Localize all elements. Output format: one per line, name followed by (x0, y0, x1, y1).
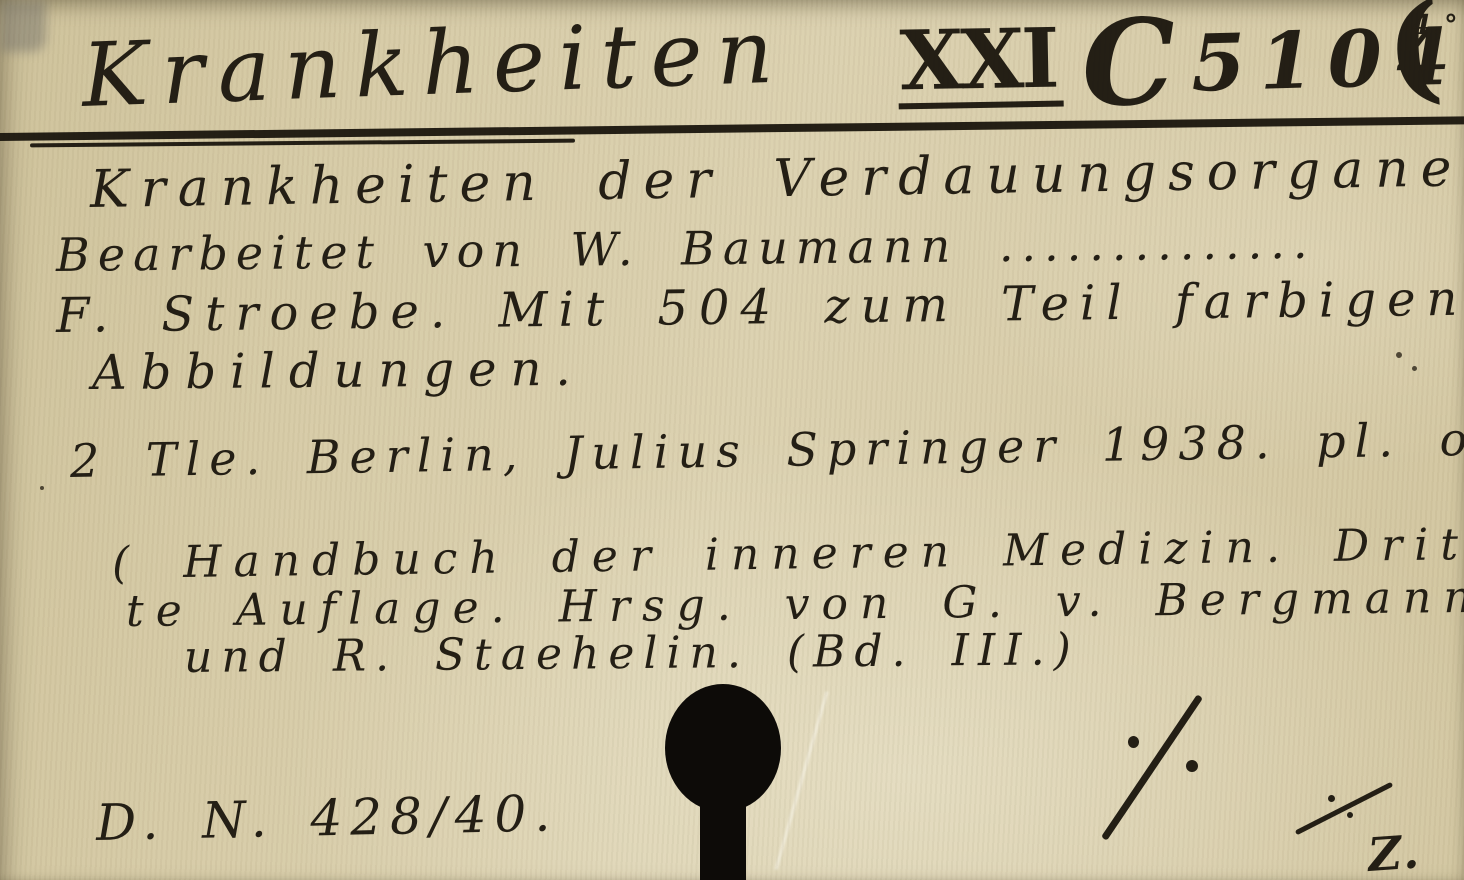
format-mark: 4.° (1412, 10, 1460, 41)
ink-speck (40, 486, 44, 490)
check-mark-small-dot (1328, 795, 1335, 802)
call-number-roman: XXI (897, 21, 1063, 110)
title-line-2: Bearbeitet von W. Baumann .............. (56, 219, 1316, 278)
series-note-line-2: te Auflage. Hrsg. von G. v. Bergmann (126, 576, 1464, 634)
check-mark-small-dot (1347, 812, 1353, 818)
paper-scratch (775, 691, 829, 870)
accession-number: D. N. 428/40. (95, 788, 558, 848)
imprint-line: 2 Tle. Berlin, Julius Springer 1938. pl.… (70, 414, 1464, 484)
scan-corner-artifact (0, 0, 46, 52)
title-line-3: F. Stroebe. Mit 504 zum Teil farbigen (56, 275, 1464, 340)
rod-hole-slot (700, 790, 746, 880)
title-line-4: Abbildungen. (92, 345, 585, 397)
call-number-letter: C (1080, 14, 1177, 112)
title-line-1: Krankheiten der Verdauungsorgane. (90, 142, 1464, 216)
series-note-line-3: und R. Staehelin. (Bd. III.) (184, 628, 1080, 680)
check-mark-large-dot (1186, 760, 1198, 772)
librarian-initial: Z. (1366, 828, 1422, 878)
call-number: XXI C 5104 (898, 22, 1464, 116)
card-heading: Krankheiten (80, 7, 788, 120)
ink-speck (1396, 352, 1402, 358)
ink-speck (1412, 366, 1417, 371)
check-mark-large-dot (1128, 736, 1139, 748)
catalog-card: Krankheiten XXI C 5104 ( 4.° Krankheiten… (0, 0, 1464, 880)
heading-underline (30, 139, 575, 148)
